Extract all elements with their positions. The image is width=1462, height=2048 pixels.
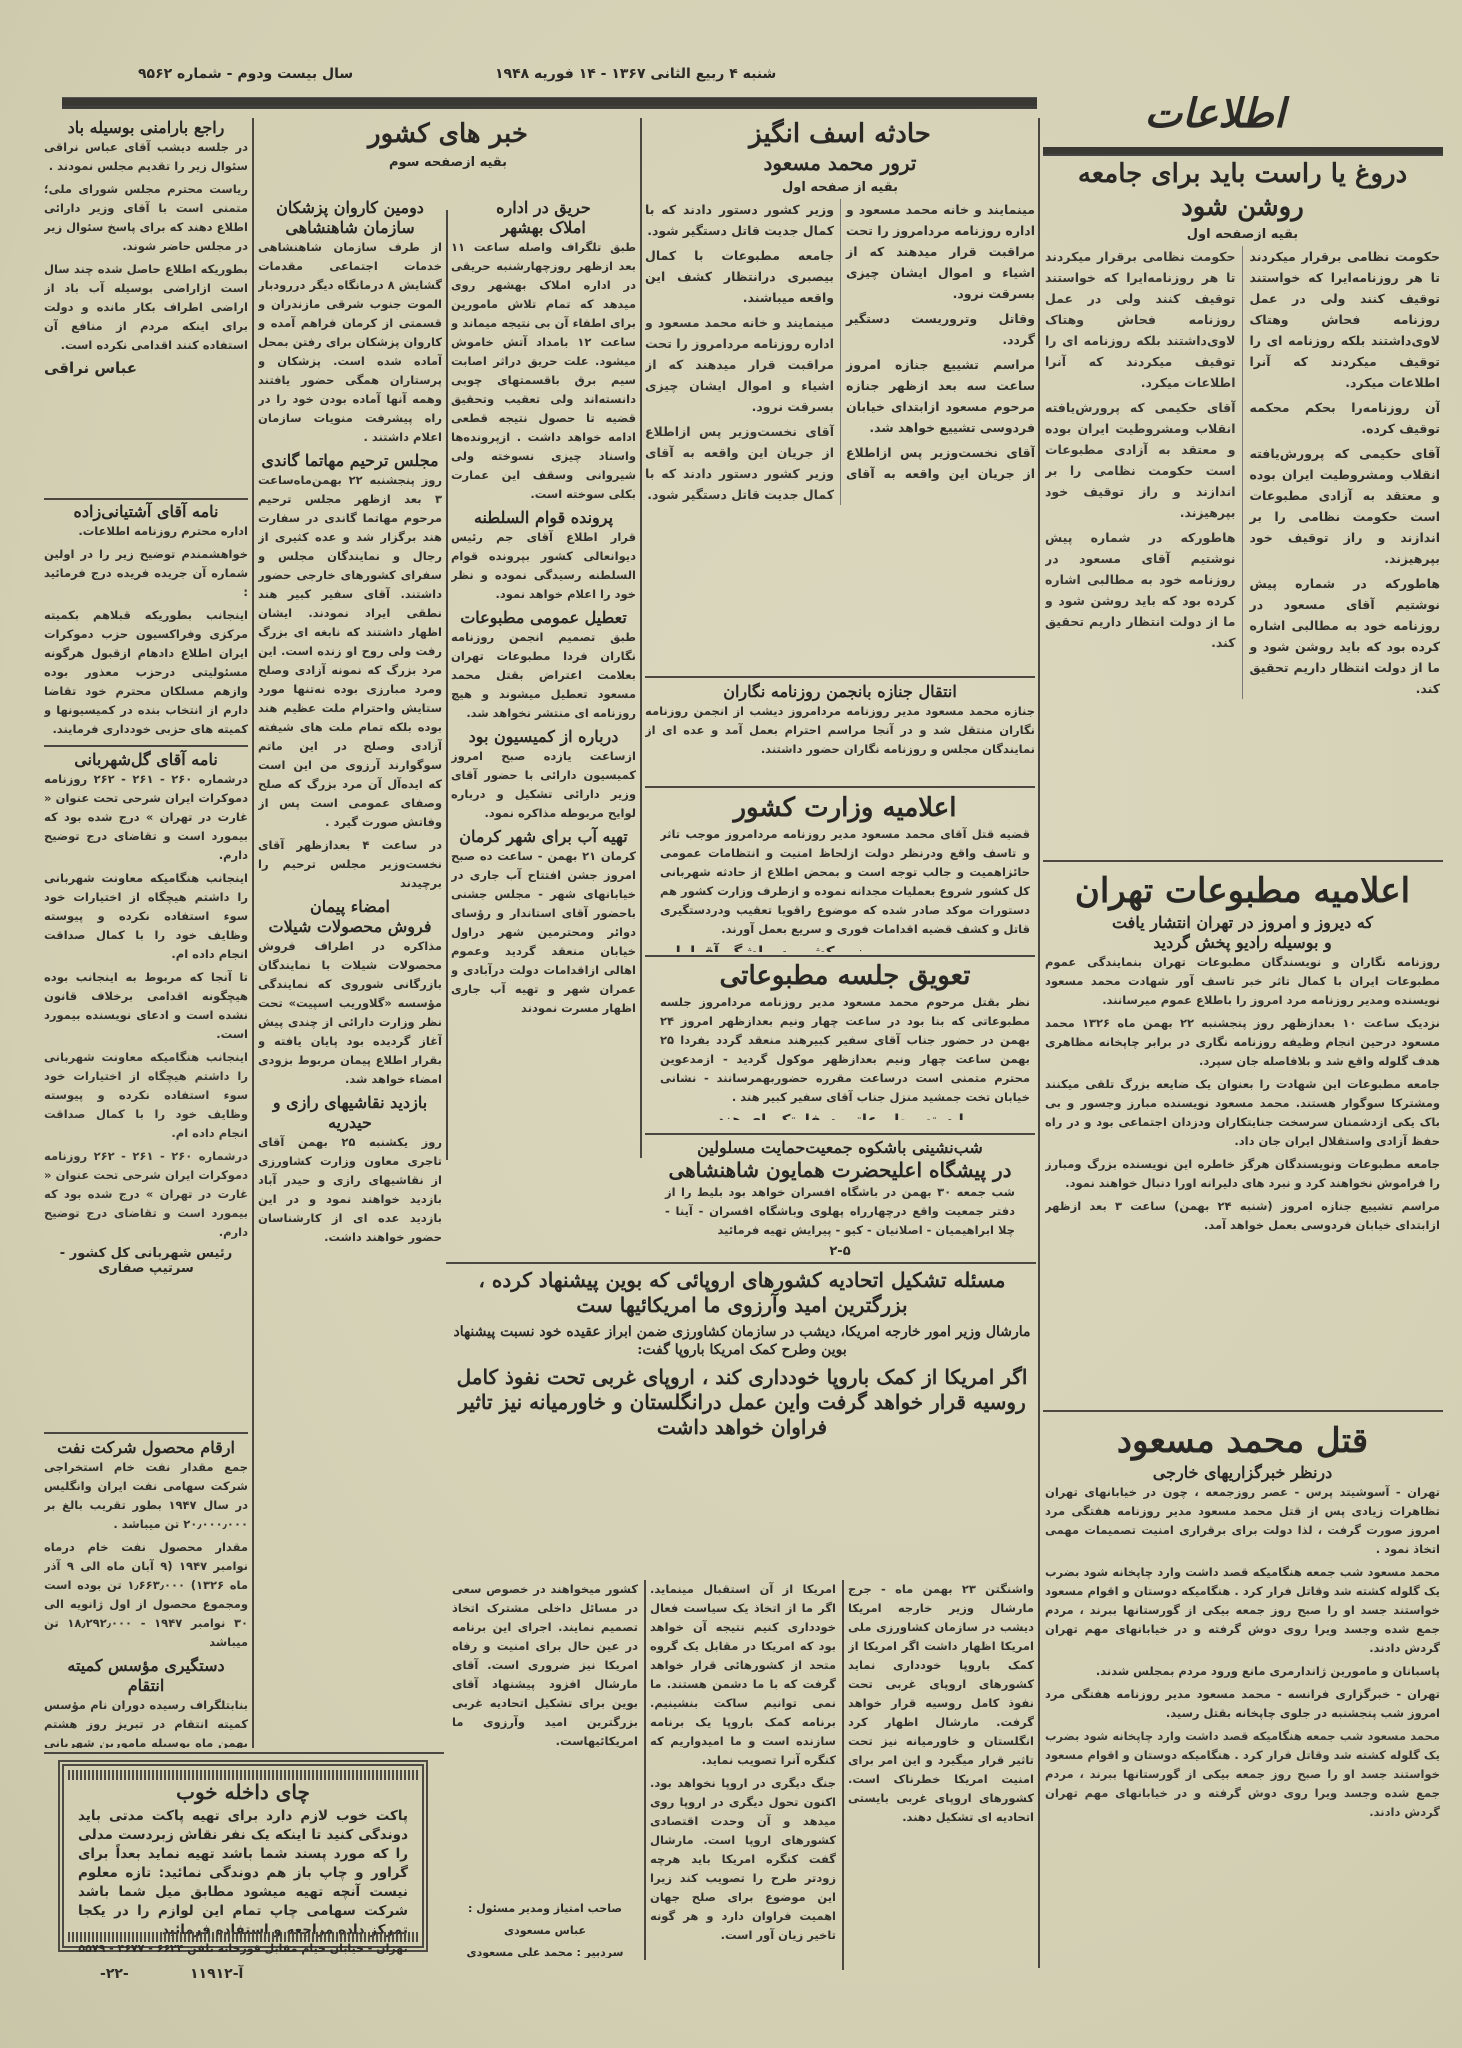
europe-headline: مسئله تشکیل اتحادیه کشورهای اروپائی که ب… bbox=[452, 1268, 1032, 1318]
news-section-header: خبر های کشور بقیه ازصفحه سوم bbox=[258, 118, 638, 193]
europe-text: امریکا از آن استقبال مینماید. اگر ما از … bbox=[650, 1580, 836, 1770]
section-rule bbox=[1043, 1410, 1443, 1412]
section-rule bbox=[44, 1752, 444, 1754]
lead-paragraph: آن روزنامه‌را بحکم محکمه توقیف کرده. bbox=[1250, 397, 1441, 439]
letter-text: درشماره ۲۶۰ - ۲۶۱ - ۲۶۲ روزنامه دموکرات … bbox=[44, 770, 248, 865]
news-item-title: فروش محصولات شیلات bbox=[258, 917, 442, 937]
page-number: -۲۲- bbox=[100, 1966, 129, 1982]
announcement-headline: اعلامیه مطبوعات تهران bbox=[1045, 870, 1440, 913]
issue-number: سال بیست ودوم - شماره ۹۵۶۲ bbox=[138, 66, 353, 82]
tragedy-paragraph: جامعه مطبوعات با کمال بیصبری درانتظار کش… bbox=[645, 245, 834, 308]
tragedy-paragraph: مینمایند و خانه محمد مسعود و اداره روزنا… bbox=[846, 199, 1035, 304]
question-text: در جلسه دیشب آقای عباس نراقی سئوال زیر ر… bbox=[44, 138, 248, 176]
section-rule bbox=[44, 498, 248, 500]
question-signature: عباس نراقی bbox=[44, 359, 248, 377]
arrest-headline: دستگیری مؤسس کمیته bbox=[44, 1656, 248, 1676]
news-item-text: طبق تصمیم انجمن روزنامه نگاران فردا مطبو… bbox=[451, 628, 636, 723]
news-item-text: ازساعت یازده صبح امروز کمیسیون دارائی با… bbox=[451, 747, 636, 823]
news-item-text: طبق تلگراف واصله ساعت ۱۱ بعد ازظهر روزچه… bbox=[451, 238, 636, 504]
tragedy-headline-2: ترور محمد مسعود bbox=[645, 151, 1035, 176]
question-text: بطوریکه اطلاع حاصل شده چند سال است ازارا… bbox=[44, 260, 248, 355]
issue-date: شنبه ۴ ربیع الثانی ۱۳۶۷ - ۱۴ فوریه ۱۹۴۸ bbox=[495, 66, 776, 82]
news-item-text: روز یکشنبه ۲۵ بهمن آقای تاجری معاون وزار… bbox=[258, 1133, 442, 1247]
announcement-paragraph: مراسم تشییع جنازه امروز (شنبه ۲۴ بهمن) س… bbox=[1045, 1197, 1440, 1235]
column-divider bbox=[446, 210, 448, 1160]
lead-paragraph: آقای حکیمی که پرورش‌یافته انقلاب ومشروطی… bbox=[1250, 443, 1441, 569]
arrest-headline-2: انتقام bbox=[44, 1676, 248, 1696]
column-divider bbox=[644, 1580, 646, 1960]
gala-headline: شب‌نشینی باشکوه جمعیت‌حمایت مسلولین bbox=[645, 1138, 1035, 1158]
murder-paragraph: محمد مسعود شب جمعه هنگامیکه قصد داشت وار… bbox=[1045, 1727, 1440, 1822]
news-item-title: بازدید نقاشیهای رازی و حیدریه bbox=[258, 1093, 442, 1133]
news-item-title: املاک بهشهر bbox=[451, 218, 636, 238]
oil-production: ارقام محصول شرکت نفت جمع مقدار نفت خام ا… bbox=[44, 1438, 248, 1748]
murder-subtitle: درنظر خبرگزاریهای خارجی bbox=[1045, 1463, 1440, 1483]
europe-text: جنگ دیگری در اروپا نخواهد بود. اکنون تحو… bbox=[650, 1774, 836, 1945]
news-item-title: امضاء پیمان bbox=[258, 897, 442, 917]
press-announcement: اعلامیه مطبوعات تهران که دیروز و امروز د… bbox=[1045, 870, 1440, 1405]
news-item-title: سازمان شاهنشاهی bbox=[258, 218, 442, 238]
tragedy-article: حادثه اسف انگیز ترور محمد مسعود بقیه از … bbox=[645, 118, 1035, 673]
letter-text: اینجانب هنگامیکه معاونت شهربانی را داشتم… bbox=[44, 1048, 248, 1143]
lead-subtitle: بقیه ازصفحه اول bbox=[1045, 227, 1440, 242]
europe-column: امریکا از آن استقبال مینماید. اگر ما از … bbox=[650, 1580, 836, 1950]
masthead-rule bbox=[62, 97, 1037, 109]
oil-text: مقدار محصول نفت خام درماه نوامبر ۱۹۴۷ (۹… bbox=[44, 1538, 248, 1652]
murder-paragraph: محمد مسعود شب جمعه هنگامیکه قصد داشت وار… bbox=[1045, 1563, 1440, 1658]
letter-headline: نامه آقای آشتیانی‌زاده bbox=[44, 502, 248, 522]
news-item-title: مجلس ترحیم مهاتما گاندی bbox=[258, 451, 442, 471]
postponed-signature: وابسته مطبوعاتی سفارتکبرای هند bbox=[660, 1111, 1030, 1121]
letter-text: اینجانب هنگامیکه معاونت شهربانی را داشتم… bbox=[44, 869, 248, 964]
question-text: ریاست محترم مجلس شورای ملی؛ متمنی است با… bbox=[44, 180, 248, 256]
section-rule bbox=[44, 1432, 248, 1434]
print-code: آ-۱۱۹۱۲ bbox=[190, 1966, 243, 1982]
europe-text: کشور میخواهند در خصوص سعی در مسائل داخلی… bbox=[452, 1580, 638, 1751]
news-item-text: قرار اطلاع آقای جم رئیس دیوانعالی کشور ب… bbox=[451, 528, 636, 604]
section-rule bbox=[645, 1133, 1035, 1135]
news-item-title: پرونده قوام السلطنه bbox=[451, 508, 636, 528]
europe-headline-block: مسئله تشکیل اتحادیه کشورهای اروپائی که ب… bbox=[452, 1268, 1032, 1578]
lead-paragraph: هاطورکه در شماره پیش نوشتیم آقای مسعود د… bbox=[1045, 527, 1236, 653]
announcement-paragraph: جامعه مطبوعات این شهادت را بعنوان یک ضای… bbox=[1045, 1075, 1440, 1151]
europe-deck-2: اگر امریکا از کمک باروپا خودداری کند ، ا… bbox=[452, 1365, 1032, 1440]
lead-headline: دروغ یا راست باید برای جامعه روشن شود bbox=[1045, 158, 1440, 223]
tragedy-paragraph: آقای نخست‌وزیر پس ازاطلاع از جریان این و… bbox=[645, 421, 834, 505]
section-rule bbox=[645, 676, 1035, 678]
section-rule bbox=[645, 786, 1035, 788]
murder-headline: قتل محمد مسعود bbox=[1045, 1420, 1440, 1463]
tragedy-paragraph: وقاتل وتروریست دستگیر گردد. bbox=[846, 308, 1035, 350]
murder-paragraph: پاسبانان و مامورین ژاندارمری مانع ورود م… bbox=[1045, 1662, 1440, 1681]
news-item-title: تهیه آب برای شهر کرمان bbox=[451, 827, 636, 847]
lead-paragraph: حکومت نظامی برقرار میکردند تا هر روزنامه… bbox=[1045, 246, 1236, 393]
tea-advertisement: چای داخله خوب پاکت خوب لازم دارد برای ته… bbox=[58, 1760, 428, 1952]
logo-rule bbox=[1043, 147, 1443, 156]
letter-text: اداره محترم روزنامه اطلاعات. bbox=[44, 522, 248, 541]
editor-name: سردبیر : محمد علی مسعودی bbox=[452, 1942, 638, 1958]
news-item-text: در ساعت ۴ بعدازظهر آقای نخست‌وزیر مجلس ت… bbox=[258, 836, 442, 893]
announcement-paragraph: جامعه مطبوعات ونویسندگان هرگز خاطره این … bbox=[1045, 1155, 1440, 1193]
tragedy-paragraph: مینمایند و خانه محمد مسعود و اداره روزنا… bbox=[645, 312, 834, 417]
column-divider bbox=[640, 118, 642, 1158]
europe-column: واشنگتن ۲۳ بهمن ماه - جرج مارشال وزیر خا… bbox=[848, 1580, 1034, 1970]
lead-paragraph: هاطورکه در شماره پیش نوشتیم آقای مسعود د… bbox=[1250, 573, 1441, 699]
murder-paragraph: تهران - خبرگزاری فرانسه - محمد مسعود مدی… bbox=[1045, 1685, 1440, 1723]
ad-address: تهران - خیابان خیام مقابل قورخانه تلفن ۶… bbox=[78, 1942, 408, 1955]
section-rule bbox=[44, 745, 248, 747]
announcement-subtitle: که دیروز و امروز در تهران انتشار یافت bbox=[1045, 913, 1440, 933]
section-rule bbox=[645, 955, 1035, 957]
funeral-article: انتقال جنازه بانجمن روزنامه نگاران جنازه… bbox=[645, 682, 1035, 782]
letter-text: اینجانب بطوریکه قبلاهم بکمیته مرکزی وفرا… bbox=[44, 606, 248, 739]
letter-text: خواهشمندم توضیح زیر را در اولین شماره آن… bbox=[44, 545, 248, 602]
news-item-title: تعطیل عمومی مطبوعات bbox=[451, 608, 636, 628]
murder-article: قتل محمد مسعود درنظر خبرگزاریهای خارجی ت… bbox=[1045, 1420, 1440, 1960]
news-item-title: درباره از کمیسیون بود bbox=[451, 727, 636, 747]
funeral-headline: انتقال جنازه بانجمن روزنامه نگاران bbox=[645, 682, 1035, 702]
publisher-byline: صاحب امتیاز ومدیر مسئول : عباس مسعودی سر… bbox=[452, 1898, 638, 1958]
gala-code: ۲-۵ bbox=[645, 1244, 1035, 1259]
letter-headline: نامه آقای گل‌شهربانی bbox=[44, 750, 248, 770]
news-item-text: مذاکره در اطراف فروش محصولات شیلات با نم… bbox=[258, 937, 442, 1089]
postponed-meeting: تعویق جلسه مطبوعاتی نظر بقتل مرحوم محمد … bbox=[660, 960, 1030, 1120]
oil-headline: ارقام محصول شرکت نفت bbox=[44, 1438, 248, 1458]
ministry-headline: اعلامیه وزارت کشور bbox=[660, 792, 1030, 825]
news-headline: خبر های کشور bbox=[258, 118, 638, 151]
funeral-paragraph: جنازه محمد مسعود مدیر روزنامه مردامروز د… bbox=[645, 702, 1035, 759]
letter-signature: رئیس شهربانی کل کشور - سرتیپ صفاری bbox=[44, 1246, 248, 1276]
announcement-paragraph: روزنامه نگاران و نویسندگان مطبوعات تهران… bbox=[1045, 953, 1440, 1010]
postponed-paragraph: نظر بقتل مرحوم محمد مسعود مدیر روزنامه م… bbox=[660, 993, 1030, 1107]
lead-paragraph: آقای حکیمی که پرورش‌یافته انقلاب ومشروطی… bbox=[1045, 397, 1236, 523]
oil-text: جمع مقدار نفت خام استخراجی شرکت سهامی نف… bbox=[44, 1458, 248, 1534]
news-right-column: حریق در اداره املاک بهشهر طبق تلگراف واص… bbox=[451, 198, 636, 1148]
publisher-name: صاحب امتیاز ومدیر مسئول : عباس مسعودی bbox=[452, 1898, 638, 1942]
news-item-text: از طرف سازمان شاهنشاهی خدمات اجتماعی مقد… bbox=[258, 238, 442, 447]
column-divider bbox=[252, 118, 254, 1748]
ministry-signature: وزیر کشور سرلشگر آق اولی bbox=[660, 943, 1030, 953]
news-item-text: کرمان ۲۱ بهمن - ساعت ده صبح امروز جشن اف… bbox=[451, 847, 636, 1018]
tragedy-paragraph: مراسم تشییع جنازه امروز ساعت سه بعد ازظه… bbox=[846, 354, 1035, 438]
ministry-announcement: اعلامیه وزارت کشور قضیه قتل آقای محمد مس… bbox=[660, 792, 1030, 952]
column-divider bbox=[1038, 118, 1040, 1968]
gala-headline-2: در پیشگاه اعلیحضرت همایون شاهنشاهی bbox=[645, 1158, 1035, 1183]
naraghi-question: راجع بارامنی بوسیله باد در جلسه دیشب آقا… bbox=[44, 118, 248, 498]
europe-deck: مارشال وزیر امور خارجه امریکا، دیشب در س… bbox=[452, 1324, 1032, 1359]
postponed-headline: تعویق جلسه مطبوعاتی bbox=[660, 960, 1030, 993]
gala-paragraph: شب جمعه ۳۰ بهمن در باشگاه افسران خواهد ب… bbox=[645, 1183, 1035, 1240]
murder-paragraph: تهران - آسوشیتد پرس - عصر روزجمعه ، چون … bbox=[1045, 1483, 1440, 1559]
europe-text: واشنگتن ۲۳ بهمن ماه - جرج مارشال وزیر خا… bbox=[848, 1580, 1034, 1827]
newspaper-logo: اطلاعات bbox=[1165, 90, 1285, 138]
arrest-text: بنابتلگراف رسیده دوران نام مؤسس کمیته ان… bbox=[44, 1696, 248, 1748]
letter-text: تا آنجا که مربوط به اینجانب بوده هیچگونه… bbox=[44, 968, 248, 1044]
gala-notice: شب‌نشینی باشکوه جمعیت‌حمایت مسلولین در پ… bbox=[645, 1138, 1035, 1263]
ad-headline: چای داخله خوب bbox=[78, 1780, 408, 1805]
golshahrbani-letter: نامه آقای گل‌شهربانی درشماره ۲۶۰ - ۲۶۱ -… bbox=[44, 750, 248, 1432]
column-divider bbox=[842, 1580, 844, 1970]
announcement-subtitle: و بوسیله رادیو پخش گردید bbox=[1045, 933, 1440, 953]
ad-text: پاکت خوب لازم دارد برای تهیه پاکت مدتی ب… bbox=[78, 1807, 408, 1940]
news-item-title: دومین کاروان پزشکان bbox=[258, 198, 442, 218]
news-item-text: روز پنجشنبه ۲۲ بهمن‌ماه‌ساعت ۳ بعد ازظهر… bbox=[258, 471, 442, 832]
ashtiani-letter: نامه آقای آشتیانی‌زاده اداره محترم روزنا… bbox=[44, 502, 248, 742]
lead-article: دروغ یا راست باید برای جامعه روشن شود بق… bbox=[1045, 158, 1440, 858]
section-rule bbox=[446, 1262, 1036, 1264]
question-headline: راجع بارامنی بوسیله باد bbox=[44, 118, 248, 138]
news-left-column: دومین کاروان پزشکان سازمان شاهنشاهی از ط… bbox=[258, 198, 442, 1748]
news-item-title: حریق در اداره bbox=[451, 198, 636, 218]
lead-paragraph: حکومت نظامی برقرار میکردند تا هر روزنامه… bbox=[1250, 246, 1441, 393]
announcement-paragraph: نزدیک ساعت ۱۰ بعدازظهر روز پنجشنبه ۲۲ به… bbox=[1045, 1014, 1440, 1071]
letter-text: درشماره ۲۶۰ - ۲۶۱ - ۲۶۲ روزنامه دموکرات … bbox=[44, 1147, 248, 1242]
tragedy-headline: حادثه اسف انگیز bbox=[645, 118, 1035, 151]
ministry-paragraph: قضیه قتل آقای محمد مسعود مدیر روزنامه مر… bbox=[660, 825, 1030, 939]
section-rule bbox=[1043, 860, 1443, 862]
news-subtitle: بقیه ازصفحه سوم bbox=[258, 155, 638, 170]
europe-column: کشور میخواهند در خصوص سعی در مسائل داخلی… bbox=[452, 1580, 638, 1895]
tragedy-subtitle: بقیه از صفحه اول bbox=[645, 180, 1035, 195]
